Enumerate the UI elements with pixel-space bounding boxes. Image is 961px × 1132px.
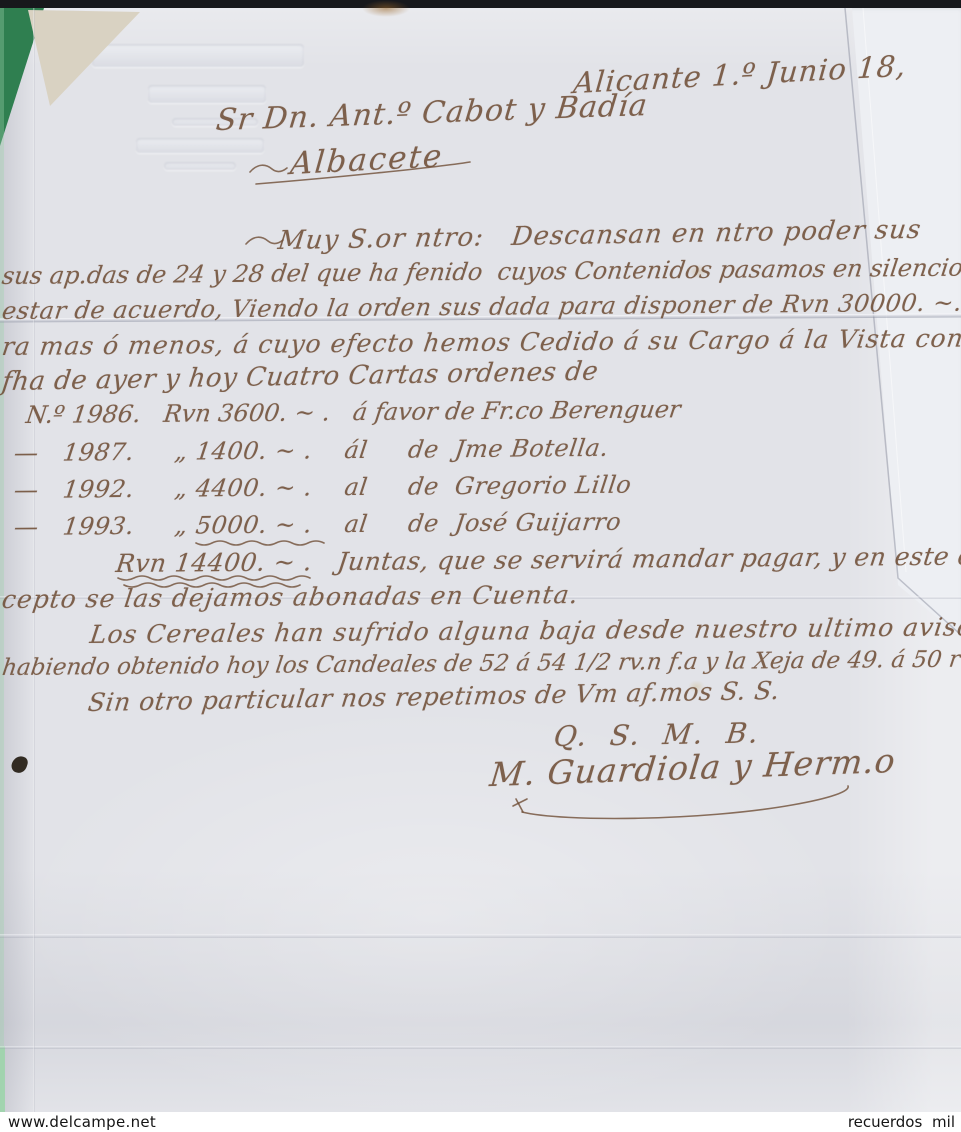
handwritten-line: ra mas ó menos, á cuyo efecto hemos Cedi… <box>0 324 961 361</box>
handwritten-line: fha de ayer y hoy Cuatro Cartas ordenes … <box>0 357 600 397</box>
handwritten-line: — 1993. „ 5000. ~ . al de José Guijarro <box>12 508 623 541</box>
handwritten-line: Rvn 14400. ~ . Juntas, que se servirá ma… <box>114 541 961 578</box>
handwritten-line: — 1987. „ 1400. ~ . ál de Jme Botella. <box>12 434 610 467</box>
handwritten-line: estar de acuerdo, Viendo la orden sus da… <box>0 288 961 325</box>
handwritten-line: N.º 1986. Rvn 3600. ~ . á favor de Fr.co… <box>24 395 682 429</box>
handwritten-line: Sr Dn. Ant.º Cabot y Badía <box>214 88 649 138</box>
handwriting-layer: Alicante 1.º Junio 18,Sr Dn. Ant.º Cabot… <box>0 0 961 1132</box>
handwritten-line: M. Guardiola y Herm.o <box>488 741 898 794</box>
handwritten-line: Sin otro particular nos repetimos de Vm … <box>86 676 781 717</box>
watermark-left: www.delcampe.net <box>8 1113 156 1131</box>
handwritten-line: Los Cereales han sufrido alguna baja des… <box>88 612 961 649</box>
letter-scan-page: Alicante 1.º Junio 18,Sr Dn. Ant.º Cabot… <box>0 0 961 1132</box>
handwritten-line: cepto se las dejamos abonadas en Cuenta. <box>0 580 580 614</box>
watermark-right: recuerdos mil <box>848 1113 955 1131</box>
watermark-bar: www.delcampe.net recuerdos mil <box>0 1112 961 1132</box>
handwritten-line: Muy S.or ntro: Descansan en ntro poder s… <box>276 215 923 256</box>
handwritten-line: — 1992. „ 4400. ~ . al de Gregorio Lillo <box>12 471 633 504</box>
handwritten-line: habiendo obtenido hoy los Candeales de 5… <box>1 646 961 681</box>
handwritten-line: Albacete <box>289 138 445 182</box>
handwritten-line: sus ap.das de 24 y 28 del que ha fenido … <box>0 253 961 290</box>
